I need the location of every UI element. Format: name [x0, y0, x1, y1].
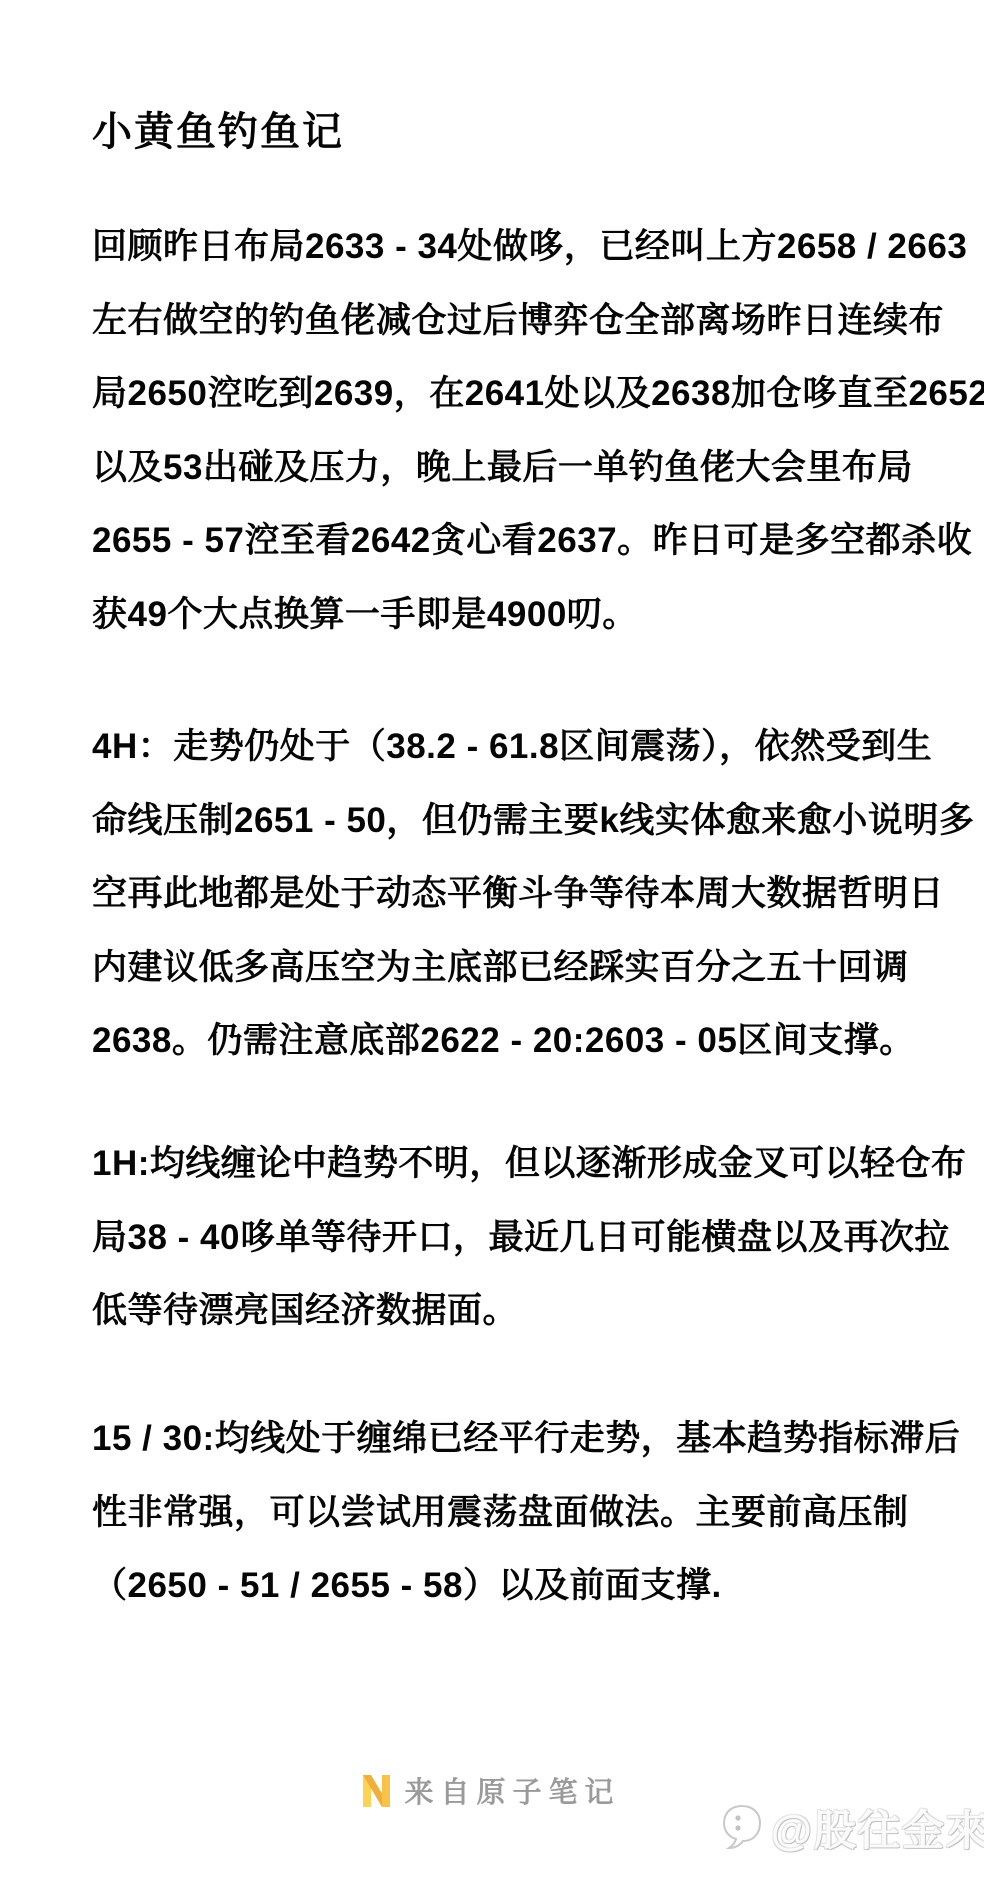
text-line: 低等待漂亮国经济数据面。	[92, 1274, 952, 1348]
text-line: （2650 - 51 / 2655 - 58）以及前面支撑.	[92, 1549, 952, 1623]
text-line: 空再此地都是处于动态平衡斗争等待本周大数据哲明日	[92, 857, 952, 931]
page-title: 小黄鱼钓鱼记	[92, 100, 344, 157]
atomic-notes-n-logo-icon	[363, 1773, 390, 1809]
text-line: 1H:均线缠论中趋势不明，但以逐渐形成金叉可以轻仓布	[92, 1127, 952, 1201]
text-line: 2655 - 57涳至看2642贪心看2637。昨日可是多空都杀收	[92, 504, 952, 578]
source-footer-label: 来自原子笔记	[404, 1770, 620, 1811]
text-line: 获49个大点换算一手即是4900叨。	[92, 578, 952, 652]
text-line: 命线压制2651 - 50，但仍需主要k线实体愈来愈小说明多	[92, 784, 952, 858]
text-line: 15 / 30:均线处于缠绵已经平行走势，基本趋势指标滞后	[92, 1402, 952, 1476]
text-line: 回顾昨日布局2633 - 34处做哆，已经叫上方2658 / 2663	[92, 210, 952, 284]
text-line: 2638。仍需注意底部2622 - 20:2603 - 05区间支撑。	[92, 1004, 952, 1078]
text-line: 左右做空的钓鱼佬减仓过后博弈仓全部离场昨日连续布	[92, 284, 952, 358]
text-line: 4H：走势仍处于（38.2 - 61.8区间震荡），依然受到生	[92, 710, 952, 784]
note-page: 小黄鱼钓鱼记 回顾昨日布局2633 - 34处做哆，已经叫上方2658 / 26…	[0, 0, 984, 1886]
text-line: 性非常强，可以尝试用震荡盘面做法。主要前高压制	[92, 1476, 952, 1550]
text-line: 局38 - 40哆单等待开口，最近几日可能横盘以及再次拉	[92, 1201, 952, 1275]
text-line: 内建议低多高压空为主底部已经踩实百分之五十回调	[92, 931, 952, 1005]
paragraph-15-30: 15 / 30:均线处于缠绵已经平行走势，基本趋势指标滞后 性非常强，可以尝试用…	[92, 1402, 952, 1623]
paragraph-4h: 4H：走势仍处于（38.2 - 61.8区间震荡），依然受到生 命线压制2651…	[92, 710, 952, 1078]
watermark-label: @股往金來	[771, 1798, 984, 1858]
text-line: 以及53出碰及压力，晚上最后一单钓鱼佬大会里布局	[92, 431, 952, 505]
paragraph-review: 回顾昨日布局2633 - 34处做哆，已经叫上方2658 / 2663 左右做空…	[92, 210, 952, 651]
watermark: @股往金來	[719, 1798, 984, 1858]
paragraph-1h: 1H:均线缠论中趋势不明，但以逐渐形成金叉可以轻仓布 局38 - 40哆单等待开…	[92, 1127, 952, 1348]
speech-bubble-logo-icon	[719, 1802, 765, 1854]
text-line: 局2650涳吃到2639，在2641处以及2638加仓哆直至2652	[92, 357, 952, 431]
